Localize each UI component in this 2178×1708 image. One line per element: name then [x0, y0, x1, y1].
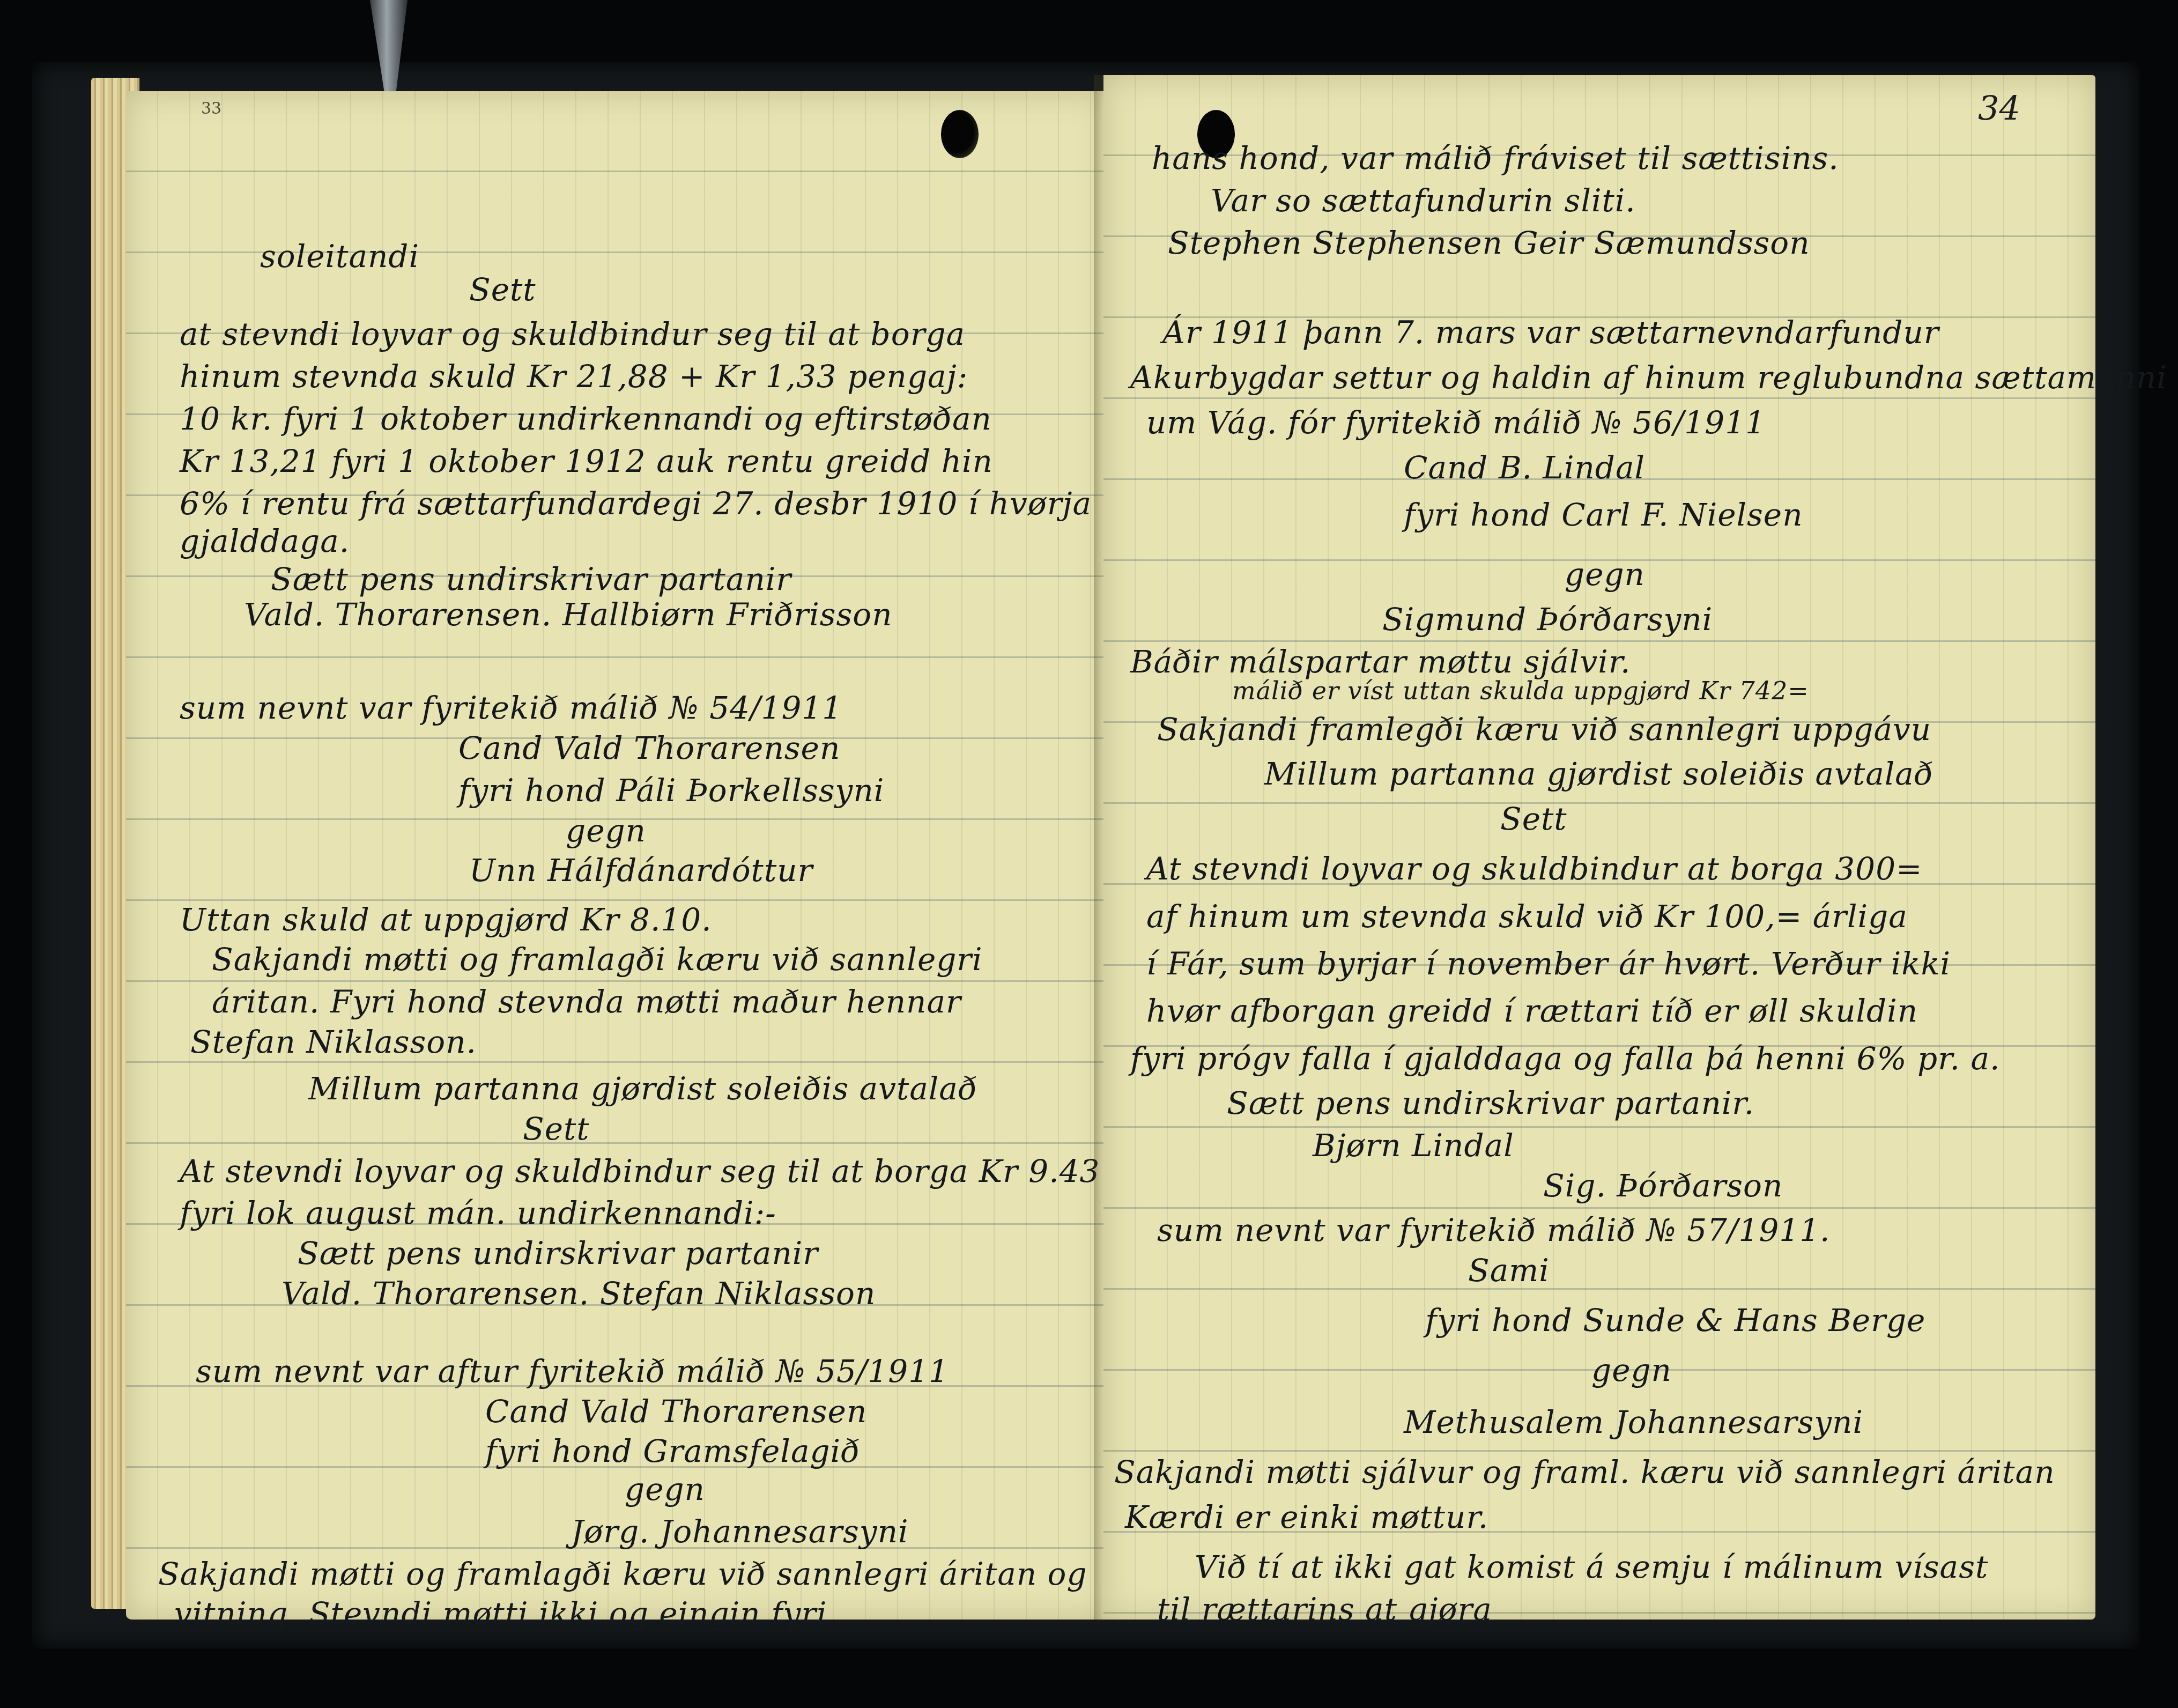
handwritten-line: fyri hond Sunde & Hans Berge [1425, 1302, 1925, 1339]
handwritten-line: af hinum um stevnda skuld við Kr 100,= á… [1146, 898, 1908, 935]
handwritten-line: til rættarins at gjøra [1157, 1591, 1492, 1628]
handwritten-line: Kr 13,21 fyri 1 oktober 1912 auk rentu g… [180, 443, 993, 479]
handwritten-line: fyri hond Páli Þorkellssyni [458, 772, 884, 809]
handwritten-line: Cand B. Lindal [1404, 449, 1645, 486]
handwritten-line: hans hond, var málið fráviset til sættis… [1152, 140, 1839, 176]
handwritten-line: áritan. Fyri hond stevnda møtti maður he… [212, 984, 961, 1020]
handwritten-line: vitning. Stevndi møtti ikki og eingin fy… [174, 1595, 827, 1632]
handwritten-line: At stevndi loyvar og skuldbindur at borg… [1146, 851, 1923, 887]
left-page: 33 soleitandiSettat stevndi loyvar og sk… [126, 91, 1110, 1620]
handwritten-line: sum nevnt var fyritekið málið № 54/1911 [180, 690, 842, 726]
handwritten-line: Sakjandi møtti og framlagði kæru við san… [212, 941, 983, 978]
handwritten-line: gjalddaga. [180, 523, 350, 559]
handwritten-line: Sett [523, 1111, 590, 1147]
handwritten-line: Sami [1468, 1252, 1550, 1289]
handwritten-line: Við tí at ikki gat komist á semju í máli… [1195, 1549, 1988, 1585]
handwritten-line: Sig. Þórðarson [1543, 1167, 1783, 1204]
handwritten-line: Sett [469, 271, 536, 308]
handwritten-line: Akurbygdar settur og haldin af hinum reg… [1130, 359, 2167, 396]
handwritten-line: gegn [566, 812, 646, 849]
handwritten-line: Vald. Thorarensen. Stefan Niklasson [281, 1275, 876, 1312]
handwritten-line: Sakjandi framlegði kæru við sannlegri up… [1157, 711, 1931, 748]
handwritten-line: Millum partanna gjørdist soleiðis avtala… [308, 1070, 977, 1107]
handwritten-line: Cand Vald Thorarensen [458, 730, 840, 766]
left-corner-mark: 33 [201, 99, 221, 118]
handwritten-line: Jørg. Johannesarsyni [571, 1513, 909, 1550]
handwritten-line: hinum stevnda skuld Kr 21,88 + Kr 1,33 p… [180, 358, 968, 395]
handwritten-line: sum nevnt var aftur fyritekið málið № 55… [196, 1353, 949, 1389]
handwritten-line: Uttan skuld at uppgjørd Kr 8.10. [180, 901, 712, 938]
handwritten-line: fyri prógv falla í gjalddaga og falla þá… [1130, 1040, 2000, 1077]
handwritten-line: Cand Vald Thorarensen [485, 1393, 867, 1430]
handwritten-line: gegn [1591, 1352, 1672, 1388]
handwritten-line: málið er víst uttan skulda uppgjørd Kr 7… [1232, 676, 1809, 705]
handwritten-line: Sætt pens undirskrivar partanir. [1227, 1085, 1754, 1121]
handwritten-line: Báðir málspartar møttu sjálvir. [1130, 644, 1631, 680]
handwritten-line: gegn [1565, 556, 1645, 593]
handwritten-line: í Fár, sum byrjar í november ár hvørt. V… [1146, 945, 1951, 982]
handwritten-line: fyri lok august mán. undirkennandi:- [180, 1195, 776, 1231]
handwritten-line: fyri hond Carl F. Nielsen [1404, 497, 1803, 533]
handwritten-line: at stevndi loyvar og skuldbindur seg til… [180, 316, 965, 352]
handwritten-line: Stephen Stephensen Geir Sæmundsson [1168, 225, 1810, 261]
handwritten-line: hvør afborgan greidd í rættari tíð er øl… [1146, 993, 1918, 1029]
handwritten-line: Ár 1911 þann 7. mars var sættarnevndarfu… [1162, 314, 1939, 351]
handwritten-line: Kærdi er einki møttur. [1125, 1499, 1488, 1535]
handwritten-line: Var so sættafundurin sliti. [1211, 182, 1636, 219]
handwritten-line: Bjørn Lindal [1313, 1127, 1514, 1164]
handwritten-line: sum nevnt var fyritekið málið № 57/1911. [1157, 1212, 1831, 1248]
handwritten-line: Sett [1500, 801, 1567, 837]
handwritten-line: soleitandi [260, 238, 419, 275]
handwritten-line: At stevndi loyvar og skuldbindur seg til… [180, 1153, 1100, 1189]
handwritten-line: Stefan Niklasson. [190, 1024, 477, 1060]
handwritten-line: Methusalem Johannesarsyni [1404, 1404, 1863, 1440]
page-number: 34 [1978, 88, 2020, 128]
handwritten-line: Unn Hálfdánardóttur [469, 852, 813, 889]
handwritten-line: gegn [625, 1471, 705, 1507]
handwritten-line: um Vág. fór fyritekið málið № 56/1911 [1146, 404, 1766, 441]
handwritten-line: Sætt pens undirskrivar partanir [271, 561, 791, 597]
handwritten-line: Sakjandi møtti sjálvur og framl. kæru vi… [1114, 1454, 2055, 1490]
right-page: 34 hans hond, var málið fráviset til sæt… [1103, 75, 2095, 1620]
binding-hole-left [941, 110, 979, 158]
handwritten-line: Sakjandi møtti og framlagði kæru við san… [158, 1556, 1087, 1592]
handwritten-line: Millum partanna gjørdist soleiðis avtala… [1264, 756, 1933, 792]
handwritten-line: 6% í rentu frá sættarfundardegi 27. desb… [180, 485, 1092, 522]
handwritten-line: Sigmund Þórðarsyni [1382, 601, 1713, 638]
handwritten-line: fyri hond Gramsfelagið [485, 1433, 860, 1469]
handwritten-line: Vald. Thorarensen. Hallbiørn Friðrisson [244, 596, 893, 633]
handwritten-line: 10 kr. fyri 1 oktober undirkennandi og e… [180, 401, 992, 437]
handwritten-line: Sætt pens undirskrivar partanir [298, 1235, 818, 1271]
